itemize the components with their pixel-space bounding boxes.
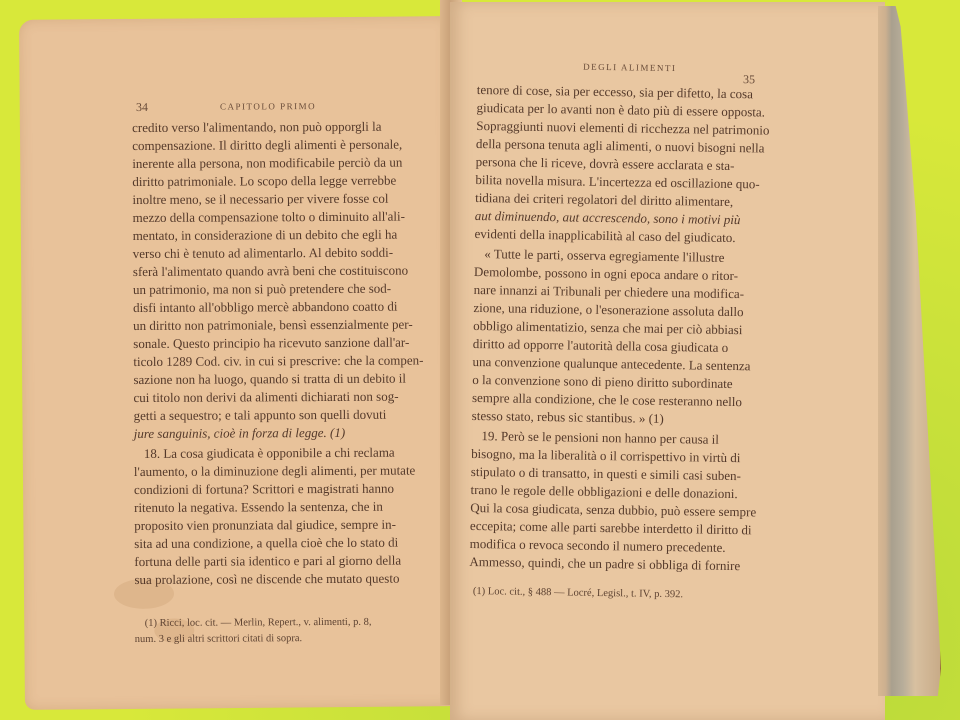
text-line: jure sanguinis, cioè in forza di legge. … xyxy=(134,423,346,444)
text-line: sua prolazione, così ne discende che mut… xyxy=(134,569,399,590)
running-head: CAPITOLO PRIMO xyxy=(220,101,316,112)
page-number: 34 xyxy=(136,100,148,115)
footnote: (1) Ricci, loc. cit. — Merlin, Repert., … xyxy=(145,617,372,629)
footnote: num. 3 e gli altri scrittori citati di s… xyxy=(135,633,302,645)
running-head: DEGLI ALIMENTI xyxy=(583,62,676,73)
text-line: Ammesso, quindi, che un padre si obbliga… xyxy=(469,552,740,576)
